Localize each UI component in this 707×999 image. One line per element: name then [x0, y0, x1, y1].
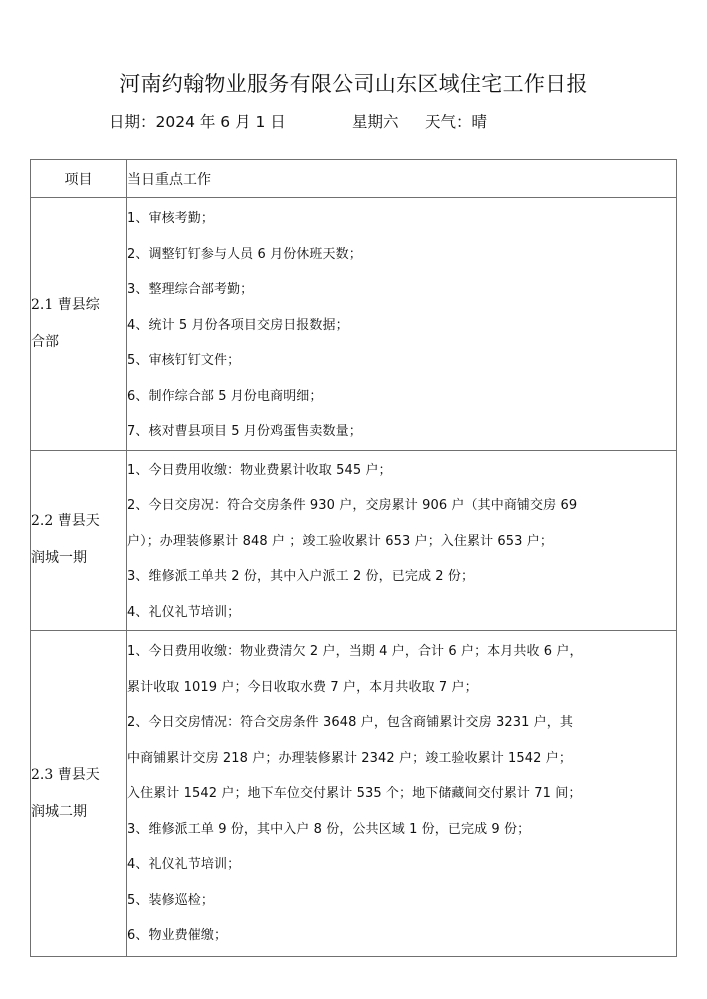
project-name-line: 润城一期 — [31, 540, 126, 577]
work-item: 1、今日费用收缴：物业费清欠 2 户，当期 4 户，合计 6 户；本月共收 6 … — [127, 634, 676, 670]
work-cell: 1、审核考勤； 2、调整钉钉参与人员 6 月份休班天数； 3、整理综合部考勤； … — [127, 198, 677, 451]
project-name-line: 2.2 曹县天 — [31, 503, 126, 540]
work-cell: 1、今日费用收缴：物业费清欠 2 户，当期 4 户，合计 6 户；本月共收 6 … — [127, 631, 677, 957]
header-project: 项目 — [31, 160, 127, 198]
project-name-line: 2.3 曹县天 — [31, 757, 126, 794]
project-cell: 2.2 曹县天 润城一期 — [31, 450, 127, 631]
work-item: 5、装修巡检； — [127, 883, 676, 919]
work-item: 中商铺累计交房 218 户；办理装修累计 2342 户；竣工验收累计 1542 … — [127, 741, 676, 777]
project-name-line: 合部 — [31, 324, 126, 361]
project-cell: 2.1 曹县综 合部 — [31, 198, 127, 451]
report-weekday: 星期六 — [352, 110, 399, 132]
work-item: 6、制作综合部 5 月份电商明细； — [127, 379, 676, 415]
report-weather: 天气：晴 — [425, 110, 487, 132]
work-item: 3、维修派工单 9 份，其中入户 8 份，公共区域 1 份，已完成 9 份； — [127, 812, 676, 848]
work-item: 5、审核钉钉文件； — [127, 343, 676, 379]
work-item: 入住累计 1542 户；地下车位交付累计 535 个；地下储藏间交付累计 71 … — [127, 776, 676, 812]
project-cell: 2.3 曹县天 润城二期 — [31, 631, 127, 957]
work-item: 累计收取 1019 户；今日收取水费 7 户，本月共收取 7 户； — [127, 670, 676, 706]
work-item: 2、今日交房情况：符合交房条件 3648 户，包含商铺累计交房 3231 户，其 — [127, 705, 676, 741]
report-date: 日期：2024 年 6 月 1 日 — [109, 110, 286, 132]
work-item: 4、统计 5 月份各项目交房日报数据； — [127, 308, 676, 344]
work-item: 4、礼仪礼节培训； — [127, 847, 676, 883]
project-name-line: 润城二期 — [31, 794, 126, 831]
table-row: 2.2 曹县天 润城一期 1、今日费用收缴：物业费累计收取 545 户； 2、今… — [31, 450, 677, 631]
work-item: 3、整理综合部考勤； — [127, 272, 676, 308]
work-item: 1、审核考勤； — [127, 201, 676, 237]
report-meta: 日期：2024 年 6 月 1 日 星期六 天气：晴 — [109, 110, 286, 132]
work-item: 户）；办理装修累计 848 户 ；竣工验收累计 653 户；入住累计 653 户… — [127, 524, 676, 560]
work-item: 1、今日费用收缴：物业费累计收取 545 户； — [127, 453, 676, 489]
table-row: 2.3 曹县天 润城二期 1、今日费用收缴：物业费清欠 2 户，当期 4 户，合… — [31, 631, 677, 957]
work-item: 7、核对曹县项目 5 月份鸡蛋售卖数量； — [127, 414, 676, 450]
work-item: 4、礼仪礼节培训； — [127, 595, 676, 631]
work-item: 3、维修派工单共 2 份，其中入户派工 2 份，已完成 2 份； — [127, 559, 676, 595]
header-work: 当日重点工作 — [127, 160, 677, 198]
table-row: 2.1 曹县综 合部 1、审核考勤； 2、调整钉钉参与人员 6 月份休班天数； … — [31, 198, 677, 451]
work-report-table: 项目 当日重点工作 2.1 曹县综 合部 1、审核考勤； 2、调整钉钉参与人员 … — [30, 159, 677, 957]
work-item: 2、今日交房况：符合交房条件 930 户，交房累计 906 户（其中商铺交房 6… — [127, 488, 676, 524]
work-item: 6、物业费催缴； — [127, 918, 676, 954]
table-header-row: 项目 当日重点工作 — [31, 160, 677, 198]
work-cell: 1、今日费用收缴：物业费累计收取 545 户； 2、今日交房况：符合交房条件 9… — [127, 450, 677, 631]
work-item: 2、调整钉钉参与人员 6 月份休班天数； — [127, 237, 676, 273]
report-title: 河南约翰物业服务有限公司山东区域住宅工作日报 — [0, 68, 707, 98]
project-name-line: 2.1 曹县综 — [31, 287, 126, 324]
